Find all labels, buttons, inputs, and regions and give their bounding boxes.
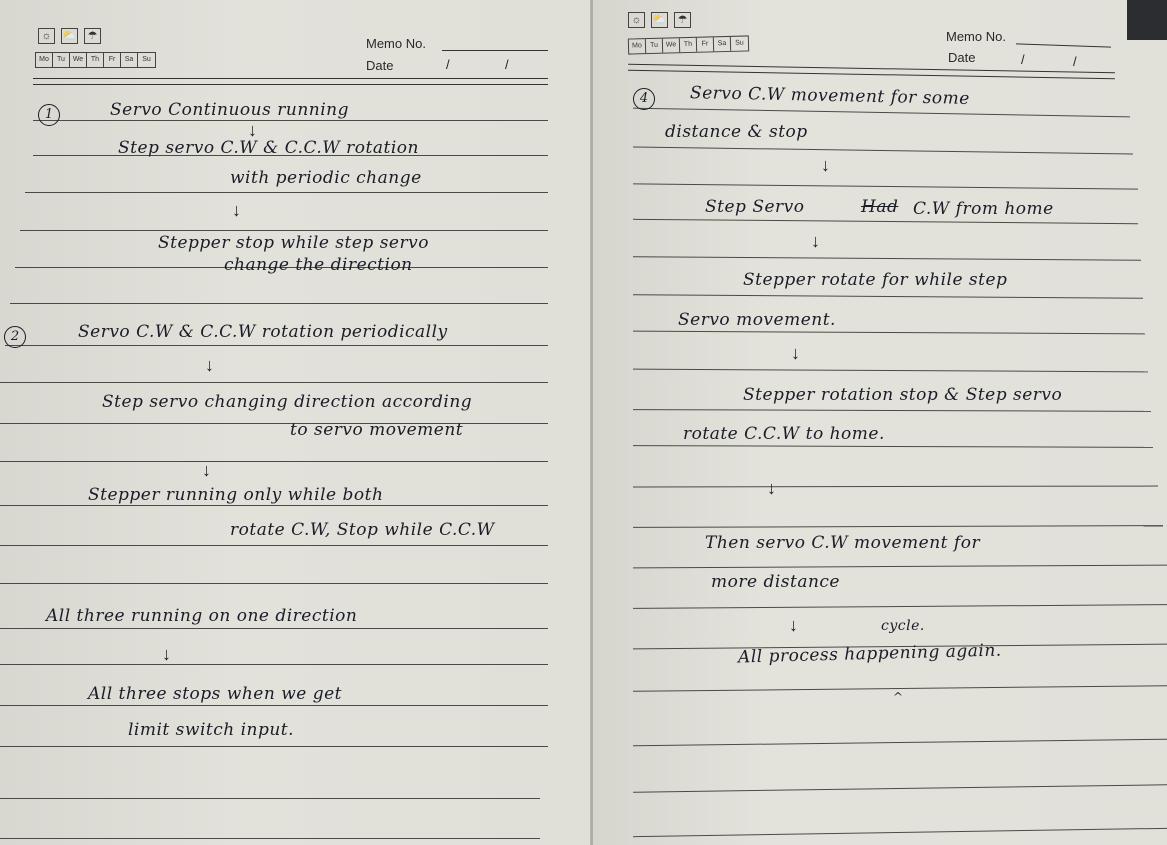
ruled-line <box>633 256 1141 261</box>
arrow-down-icon: ↓ <box>791 343 800 364</box>
ruled-line <box>633 784 1167 792</box>
ruled-line <box>0 545 548 546</box>
day-fr[interactable]: Fr <box>697 37 714 51</box>
ruled-line <box>0 838 540 839</box>
umbrella-icon: ☂ <box>84 28 101 44</box>
handwritten-line: rotate C.C.W to home. <box>683 424 885 444</box>
ruled-line <box>0 798 540 799</box>
weather-icons: ☼ ⛅ ☂ <box>628 12 691 28</box>
handwritten-line: All process happening again. <box>738 641 1002 668</box>
day-fr[interactable]: Fr <box>104 53 121 67</box>
handwritten-line: Step Servo <box>705 197 805 217</box>
arrow-down-icon: ↓ <box>789 615 798 636</box>
ruled-line <box>633 445 1153 448</box>
ruled-line <box>633 604 1167 609</box>
ruled-line <box>633 409 1151 412</box>
arrow-down-icon: ↓ <box>162 644 171 665</box>
memo-number-field[interactable] <box>1016 43 1111 47</box>
handwritten-line: C.W from home <box>913 199 1054 219</box>
handwritten-line: limit switch input. <box>128 720 294 740</box>
handwritten-line: Servo movement. <box>678 310 836 330</box>
ruled-line <box>5 345 548 346</box>
day-sa[interactable]: Sa <box>714 37 731 51</box>
section-number: 4 <box>633 88 655 110</box>
ruled-line <box>0 423 548 424</box>
date-separator: / <box>505 57 509 72</box>
section-number: 1 <box>38 104 60 126</box>
ruled-line <box>0 461 548 462</box>
ruled-line <box>633 183 1138 189</box>
handwritten-line: with periodic change <box>230 168 422 188</box>
date-separator: / <box>1021 52 1025 67</box>
handwritten-line: Then servo C.W movement for <box>705 533 980 553</box>
handwritten-line: Servo C.W movement for some <box>690 83 970 109</box>
memo-label: Memo No. <box>946 29 1006 44</box>
weekday-boxes: Mo Tu We Th Fr Sa Su <box>628 35 749 54</box>
left-page: ☼ ⛅ ☂ Mo Tu We Th Fr Sa Su Memo No. Date… <box>0 0 592 845</box>
sun-icon: ☼ <box>628 12 645 28</box>
day-su[interactable]: Su <box>731 36 748 50</box>
ruled-line <box>633 828 1167 837</box>
arrow-down-icon: ↓ <box>811 231 820 252</box>
ruled-line <box>0 583 548 584</box>
day-mo[interactable]: Mo <box>629 39 646 53</box>
day-su[interactable]: Su <box>138 53 155 67</box>
crossed-out-word: Had <box>861 197 898 217</box>
header-rule <box>628 64 1115 79</box>
arrow-down-icon: ↓ <box>232 200 241 221</box>
cloud-icon: ⛅ <box>61 28 78 44</box>
umbrella-icon: ☂ <box>674 12 691 28</box>
date-separator: / <box>1073 54 1077 69</box>
handwritten-line: Servo Continuous running <box>110 100 349 120</box>
ruled-line <box>0 628 548 629</box>
handwritten-line: distance & stop <box>665 122 808 142</box>
handwritten-line: more distance <box>711 572 840 592</box>
day-sa[interactable]: Sa <box>121 53 138 67</box>
ruled-line <box>633 739 1167 747</box>
ruled-line <box>0 382 548 383</box>
handwritten-line: Step servo C.W & C.C.W rotation <box>118 138 419 158</box>
arrow-down-icon: ↓ <box>821 155 830 176</box>
ruled-line <box>633 219 1138 224</box>
handwritten-line: All three running on one direction <box>46 606 357 626</box>
ruled-line <box>0 664 548 665</box>
ruled-line <box>0 505 548 506</box>
day-th[interactable]: Th <box>680 38 697 52</box>
page-corner-background <box>1127 0 1167 40</box>
day-we[interactable]: We <box>663 38 680 52</box>
day-mo[interactable]: Mo <box>36 53 53 67</box>
ruled-line <box>633 565 1167 569</box>
ruled-line <box>0 705 548 706</box>
ruled-line <box>0 746 548 747</box>
handwritten-line: All three stops when we get <box>88 684 342 704</box>
header-rule <box>33 78 548 85</box>
section-number: 2 <box>4 326 26 348</box>
ruled-line <box>33 120 548 121</box>
weekday-boxes: Mo Tu We Th Fr Sa Su <box>35 52 156 68</box>
memo-number-field[interactable] <box>442 50 548 51</box>
right-page: ☼ ⛅ ☂ Mo Tu We Th Fr Sa Su Memo No. Date… <box>593 0 1167 845</box>
ruled-line <box>633 331 1145 335</box>
ruled-line <box>633 369 1148 373</box>
ruled-line <box>633 486 1158 488</box>
arrow-down-icon: ↓ <box>767 478 776 499</box>
date-label: Date <box>948 50 975 65</box>
handwritten-line: to servo movement <box>290 420 463 440</box>
day-th[interactable]: Th <box>87 53 104 67</box>
ruled-line <box>10 303 548 304</box>
date-separator: / <box>446 57 450 72</box>
ruled-line <box>25 192 548 193</box>
handwritten-line: Stepper running only while both <box>88 485 383 505</box>
ruled-line <box>633 108 1130 118</box>
arrow-down-icon: ↓ <box>202 460 211 481</box>
cloud-icon: ⛅ <box>651 12 668 28</box>
handwritten-line: Step servo changing direction according <box>102 392 472 412</box>
handwritten-line: Servo C.W & C.C.W rotation periodically <box>78 322 448 342</box>
day-tu[interactable]: Tu <box>646 39 663 53</box>
day-we[interactable]: We <box>70 53 87 67</box>
ruled-line <box>633 147 1133 155</box>
day-tu[interactable]: Tu <box>53 53 70 67</box>
weather-icons: ☼ ⛅ ☂ <box>38 28 101 44</box>
ruled-line <box>20 230 548 231</box>
handwritten-line: Stepper stop while step servo <box>158 233 429 253</box>
arrow-down-icon: ↓ <box>205 355 214 376</box>
date-label: Date <box>366 58 393 73</box>
ruled-line <box>633 525 1163 528</box>
handwritten-line: rotate C.W, Stop while C.C.W <box>230 520 495 540</box>
handwritten-insertion: cycle. <box>881 618 925 634</box>
handwritten-line: Stepper rotate for while step <box>743 270 1007 290</box>
handwritten-line: Stepper rotation stop & Step servo <box>743 385 1062 405</box>
handwritten-line: change the direction <box>224 255 413 275</box>
memo-label: Memo No. <box>366 36 426 51</box>
insert-caret: ^ <box>893 690 904 704</box>
ruled-line <box>633 294 1143 299</box>
sun-icon: ☼ <box>38 28 55 44</box>
notebook-spread: ☼ ⛅ ☂ Mo Tu We Th Fr Sa Su Memo No. Date… <box>0 0 1167 845</box>
